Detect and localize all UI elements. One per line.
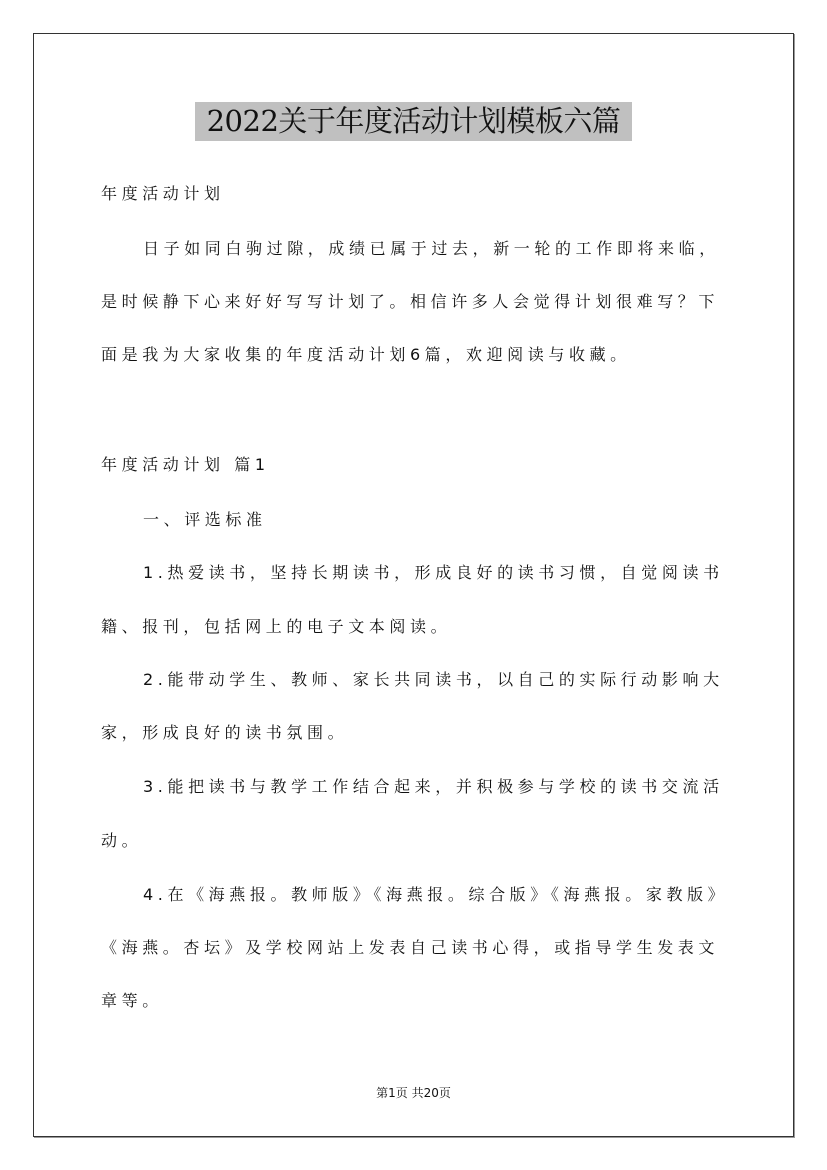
paragraph-line: 是时候静下心来好好写写计划了。相信许多人会觉得计划很难写？下: [101, 292, 719, 312]
paragraph-line: 2.能带动学生、教师、家长共同读书，以自己的实际行动影响大: [143, 670, 724, 690]
paragraph-line: 家，形成良好的读书氛围。: [101, 723, 348, 743]
page-number: 第1页 共20页: [0, 1084, 827, 1101]
paragraph-line: 章等。: [101, 991, 163, 1011]
section-heading: 年度活动计划: [101, 184, 225, 204]
subsection-heading: 一、评选标准: [143, 510, 267, 530]
paragraph-line: 面是我为大家收集的年度活动计划6篇，欢迎阅读与收藏。: [101, 345, 631, 365]
paragraph-line: 《海燕。杏坛》及学校网站上发表自己读书心得，或指导学生发表文: [101, 938, 719, 958]
paragraph-line: 日子如同白驹过隙，成绩已属于过去，新一轮的工作即将来临，: [143, 239, 720, 259]
paragraph-line: 籍、报刊，包括网上的电子文本阅读。: [101, 617, 451, 637]
section-heading: 年度活动计划 篇1: [101, 455, 270, 475]
paragraph-line: 动。: [101, 831, 142, 851]
paragraph-line: 3.能把读书与教学工作结合起来，并积极参与学校的读书交流活: [143, 777, 724, 797]
paragraph-line: 1.热爱读书，坚持长期读书，形成良好的读书习惯，自觉阅读书: [143, 563, 724, 583]
document-title: 2022关于年度活动计划模板六篇: [195, 102, 632, 141]
paragraph-line: 4.在《海燕报。教师版》《海燕报。综合版》《海燕报。家教版》: [143, 885, 728, 905]
